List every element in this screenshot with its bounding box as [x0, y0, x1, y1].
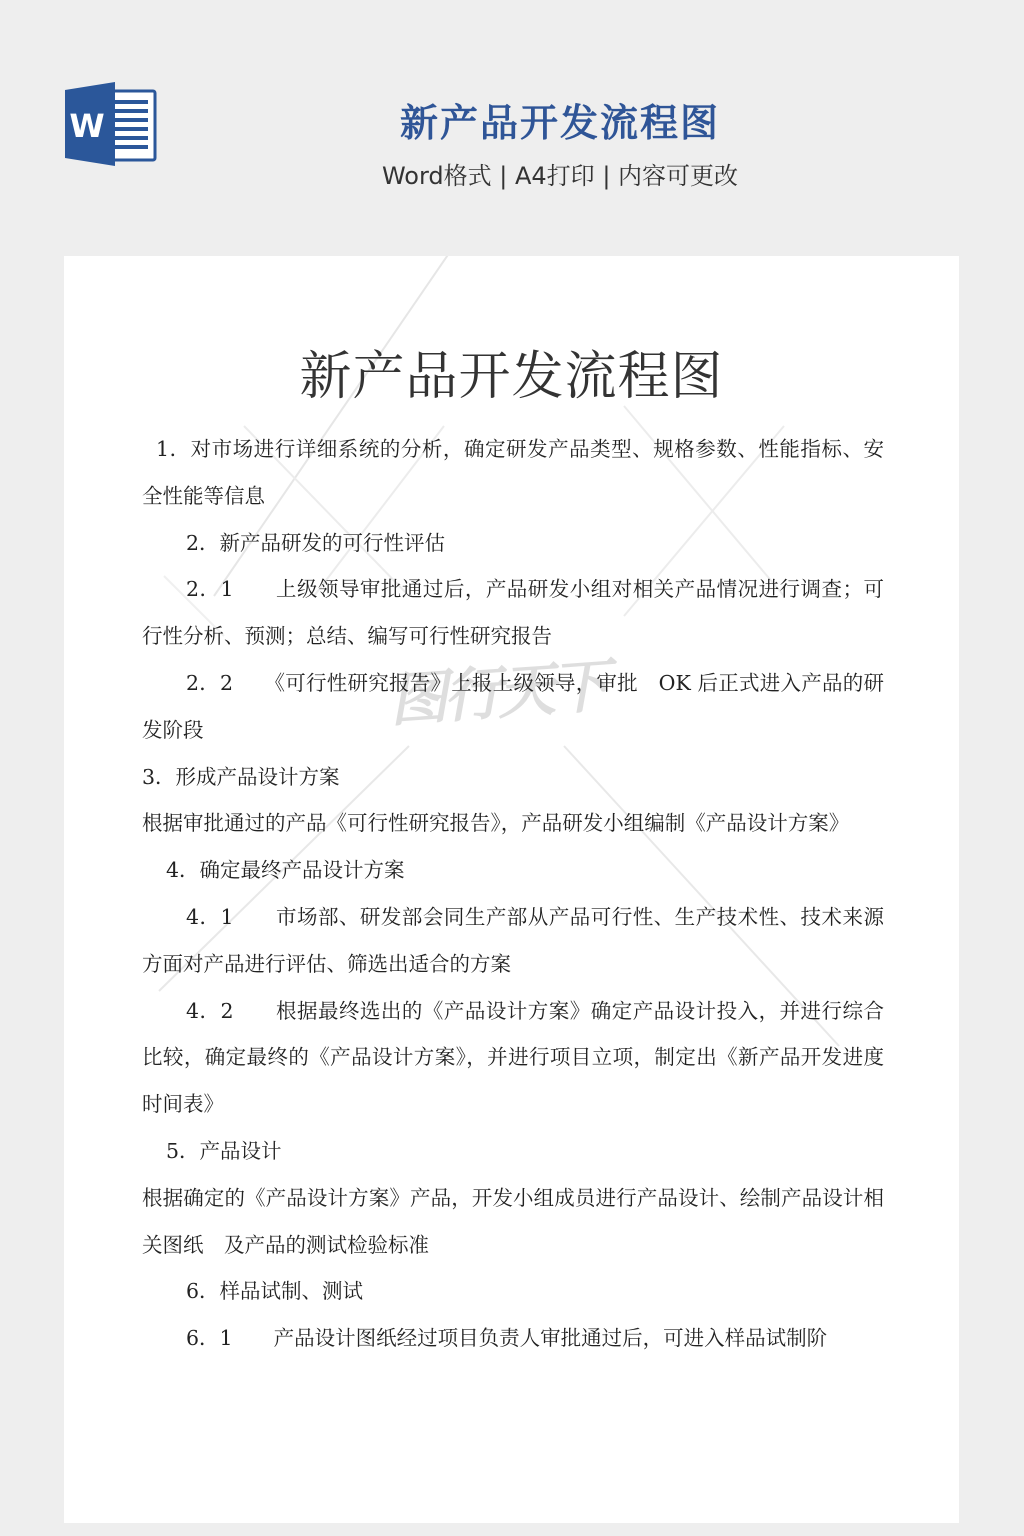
paragraph-1: 1．对市场进行详细系统的分析，确定研发产品类型、规格参数、性能指标、安全性能等信… — [142, 426, 884, 520]
paragraph-3-body: 根据审批通过的产品《可行性研究报告》，产品研发小组编制《产品设计方案》 — [142, 800, 884, 847]
paragraph-2-1: 2．1 上级领导审批通过后，产品研发小组对相关产品情况进行调查；可行性分析、预测… — [142, 566, 884, 660]
svg-text:W: W — [69, 107, 104, 145]
document-title: 新产品开发流程图 — [64, 334, 959, 409]
paragraph-3-heading: 3．形成产品设计方案 — [142, 754, 884, 801]
paragraph-5-heading: 5．产品设计 — [142, 1128, 884, 1175]
paragraph-4-heading: 4．确定最终产品设计方案 — [142, 847, 884, 894]
paragraph-2-heading: 2．新产品研发的可行性评估 — [142, 520, 884, 567]
paragraph-6-heading: 6．样品试制、测试 — [142, 1268, 884, 1315]
header-subtitle: Word格式 | A4打印 | 内容可更改 — [300, 156, 820, 191]
word-document-icon: W — [65, 82, 157, 166]
paragraph-4-2: 4．2 根据最终选出的《产品设计方案》确定产品设计投入，并进行综合比较，确定最终… — [142, 988, 884, 1128]
document-body: 1．对市场进行详细系统的分析，确定研发产品类型、规格参数、性能指标、安全性能等信… — [142, 426, 884, 1362]
preview-header: W 新产品开发流程图 Word格式 | A4打印 | 内容可更改 — [0, 0, 1024, 256]
paragraph-4-1: 4．1 市场部、研发部会同生产部从产品可行性、生产技术性、技术来源方面对产品进行… — [142, 894, 884, 988]
header-title: 新产品开发流程图 — [300, 92, 820, 147]
paragraph-2-2: 2．2 《可行性研究报告》上报上级领导，审批 OK 后正式进入产品的研发阶段 — [142, 660, 884, 754]
paragraph-6-1: 6．1 产品设计图纸经过项目负责人审批通过后，可进入样品试制阶 — [142, 1315, 884, 1362]
paragraph-5-body: 根据确定的《产品设计方案》产品，开发小组成员进行产品设计、绘制产品设计相关图纸 … — [142, 1175, 884, 1269]
document-page: 图行天下 新产品开发流程图 1．对市场进行详细系统的分析，确定研发产品类型、规格… — [64, 256, 959, 1523]
